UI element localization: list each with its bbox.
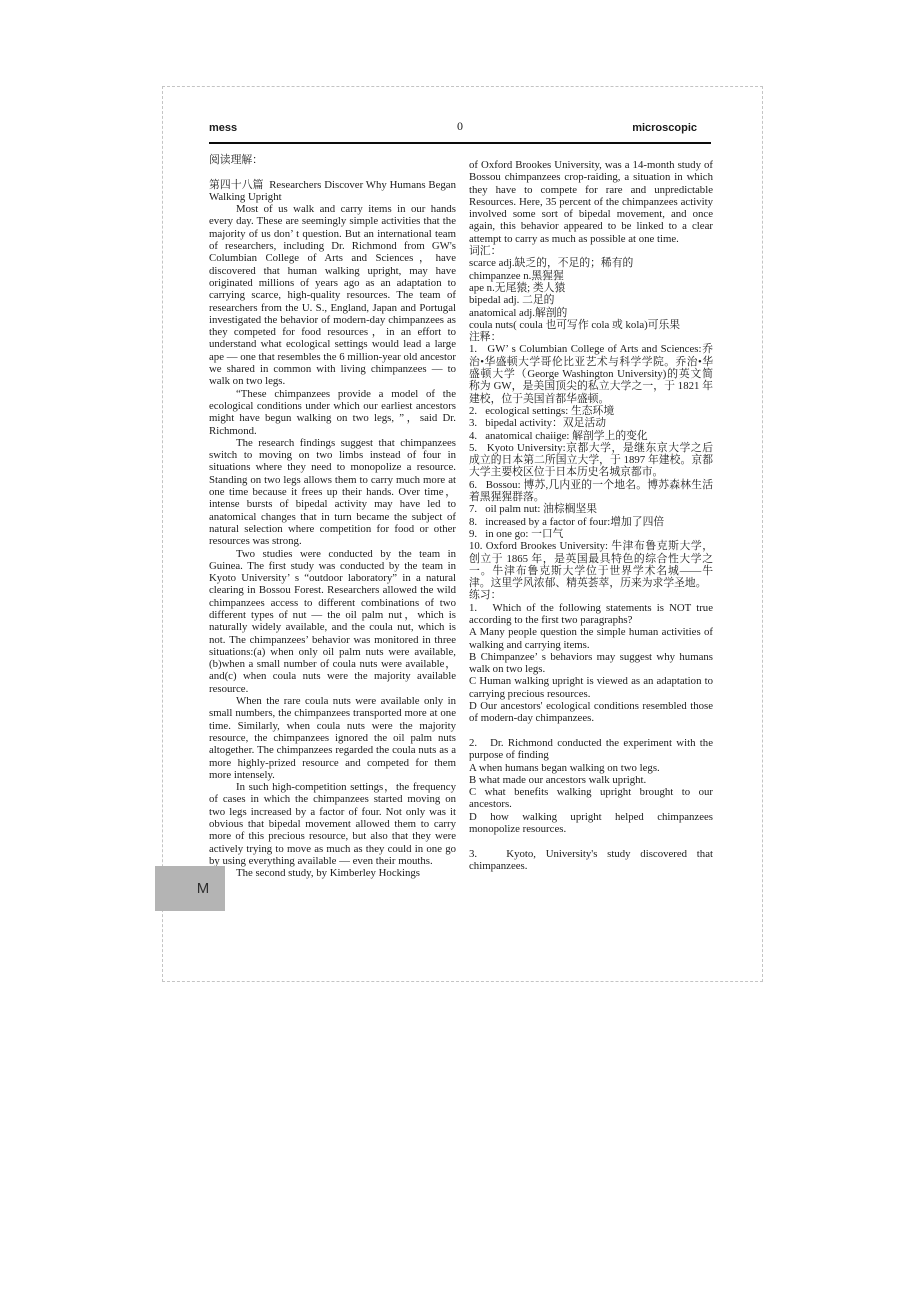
question-1: 1. Which of the following statements is … (469, 602, 713, 725)
marker-m-label: M (197, 880, 210, 897)
vocab-heading: 词汇： (469, 245, 713, 257)
vocab-item: coula nuts( coula 也可写作 cola 或 kola)可乐果 (469, 319, 713, 331)
marker-m-box: M (155, 866, 225, 911)
note-item: 10. Oxford Brookes University: 牛津布鲁克斯大学，… (469, 540, 713, 589)
note-item: 2. ecological settings: 生态环境 (469, 405, 713, 417)
vocab-item: bipedal adj. 二足的 (469, 294, 713, 306)
body-paragraph: The research findings suggest that chimp… (209, 437, 456, 548)
question-option: B what made our ancestors walk upright. (469, 774, 713, 786)
question-stem: 3. Kyoto, University's study discovered … (469, 848, 713, 873)
question-option: A when humans began walking on two legs. (469, 762, 713, 774)
body-paragraph: Two studies were conducted by the team i… (209, 548, 456, 696)
left-column: 阅读理解： 第四十八篇 Researchers Discover Why Hum… (209, 154, 456, 880)
body-paragraph: The second study, by Kimberley Hockings (209, 867, 456, 879)
document-page: mess 0 microscopic 阅读理解： 第四十八篇 Researche… (0, 0, 920, 1302)
notes-heading: 注释： (469, 331, 713, 343)
continuation-paragraph: of Oxford Brookes University, was a 14-m… (469, 159, 713, 245)
question-option: A Many people question the simple human … (469, 626, 713, 651)
page-dashed-border: mess 0 microscopic 阅读理解： 第四十八篇 Researche… (162, 86, 763, 982)
body-paragraph: Most of us walk and carry items in our h… (209, 203, 456, 387)
note-item: 4. anatomical chaiige: 解剖学上的变化 (469, 430, 713, 442)
header-right-text: microscopic (209, 123, 711, 134)
body-paragraph: When the rare coula nuts were available … (209, 695, 456, 781)
header-rule (209, 142, 711, 144)
note-item: 9. in one go: 一口气 (469, 528, 713, 540)
question-2: 2. Dr. Richmond conducted the experiment… (469, 737, 713, 835)
vocab-item: anatomical adj.解剖的 (469, 307, 713, 319)
section-label: 阅读理解： (209, 154, 456, 166)
note-item: 8. increased by a factor of four:增加了四倍 (469, 516, 713, 528)
question-option: C Human walking upright is viewed as an … (469, 675, 713, 700)
question-option: D Our ancestors' ecological conditions r… (469, 700, 713, 725)
body-paragraph: In such high-competition settings，the fr… (209, 781, 456, 867)
note-item: 7. oil palm nut: 油棕榈坚果 (469, 503, 713, 515)
question-option: B Chimpanzee’ s behaviors may suggest wh… (469, 651, 713, 676)
question-3: 3. Kyoto, University's study discovered … (469, 848, 713, 873)
vocab-item: ape n.无尾猿; 类人猿 (469, 282, 713, 294)
question-stem: 2. Dr. Richmond conducted the experiment… (469, 737, 713, 762)
note-item: 6. Bossou: 博苏,几内亚的一个地名。博苏森林生活着黑猩猩群落。 (469, 479, 713, 504)
passage-title: 第四十八篇 Researchers Discover Why Humans Be… (209, 179, 456, 204)
right-column: of Oxford Brookes University, was a 14-m… (469, 159, 713, 872)
question-stem: 1. Which of the following statements is … (469, 602, 713, 627)
note-item: 3. bipedal activity：双足活动 (469, 417, 713, 429)
note-item: 5. Kyoto University:京都大学，是继东京大学之后成立的日本第二… (469, 442, 713, 479)
vocab-item: chimpanzee n.黑猩猩 (469, 270, 713, 282)
question-option: C what benefits walking upright brought … (469, 786, 713, 811)
exercises-heading: 练习： (469, 589, 713, 601)
body-paragraph: “These chimpanzees provide a model of th… (209, 388, 456, 437)
question-option: D how walking upright helped chimpanzees… (469, 811, 713, 836)
vocab-item: scarce adj.缺乏的，不足的；稀有的 (469, 257, 713, 269)
note-item: 1. GW’ s Columbian College of Arts and S… (469, 343, 713, 404)
